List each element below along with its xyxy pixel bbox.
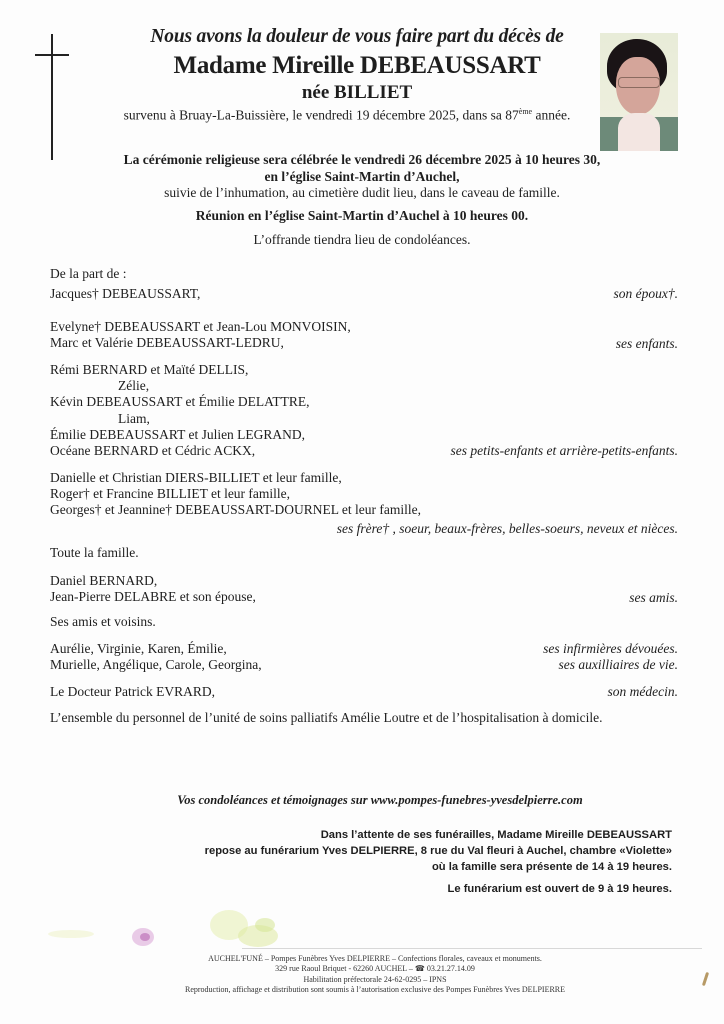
family-line: Le Docteur Patrick EVRARD, [50, 684, 215, 700]
footer-divider [242, 948, 702, 949]
relation-friends: ses amis. [629, 590, 678, 606]
funerarium-hours: Le funérarium est ouvert de 9 à 19 heure… [448, 881, 672, 897]
ceremony-line-3: suivie de l’inhumation, au cimetière dud… [80, 185, 644, 201]
relation-siblings: ses frère† , soeur, beaux-frères, belles… [337, 521, 678, 537]
deceased-name: Madame Mireille DEBEAUSSART [100, 52, 614, 80]
family-line: Danielle et Christian DIERS-BILLIET et l… [50, 470, 421, 486]
footer-line-2: 329 rue Raoul Briquet - 62260 AUCHEL – ☎… [150, 964, 600, 974]
condolences-link[interactable]: Vos condoléances et témoignages sur www.… [100, 793, 660, 808]
offrande-text: L’offrande tiendra lieu de condoléances. [80, 232, 644, 248]
from-label: De la part de : [50, 266, 126, 282]
footer-line-3: Habilitation préfectorale 24-62-0295 – I… [150, 975, 600, 985]
family-group-carers: Aurélie, Virginie, Karen, Émilie, Muriel… [50, 641, 262, 673]
family-group-spouse: Jacques† DEBEAUSSART, [50, 286, 200, 302]
family-group-neighbours: Ses amis et voisins. [50, 614, 156, 630]
family-line: Kévin DEBEAUSSART et Émilie DELATTRE, [50, 394, 310, 410]
reunion-text: Réunion en l’église Saint-Martin d’Auche… [80, 208, 644, 224]
relation-doctor: son médecin. [608, 684, 678, 700]
intro-text: Nous avons la douleur de vous faire part… [100, 26, 614, 48]
relation-children: ses enfants. [616, 336, 678, 352]
family-line: Daniel BERNARD, [50, 573, 256, 589]
family-line: Roger† et Francine BILLIET et leur famil… [50, 486, 421, 502]
cross-vertical-bar [51, 34, 53, 160]
resting-line-2: repose au funérarium Yves DELPIERRE, 8 r… [205, 843, 672, 859]
death-notice-sup: ème [519, 107, 532, 116]
family-line: Aurélie, Virginie, Karen, Émilie, [50, 641, 262, 657]
family-group-siblings: Danielle et Christian DIERS-BILLIET et l… [50, 470, 421, 519]
family-group-grandchildren: Rémi BERNARD et Maïté DELLIS, Zélie, Kév… [50, 362, 310, 459]
family-line: L’ensemble du personnel de l’unité de so… [50, 710, 603, 726]
family-line: Toute la famille. [50, 545, 139, 561]
family-line: Jean-Pierre DELABRE et son épouse, [50, 589, 256, 605]
family-line: Jacques† DEBEAUSSART, [50, 286, 200, 302]
decorative-mark [702, 972, 709, 986]
relation-spouse: son époux†. [614, 286, 679, 302]
death-notice: survenu à Bruay-La-Buissière, le vendred… [80, 107, 614, 124]
family-line: Murielle, Angélique, Carole, Georgina, [50, 657, 262, 673]
family-group-staff: L’ensemble du personnel de l’unité de so… [50, 710, 603, 726]
death-notice-text: survenu à Bruay-La-Buissière, le vendred… [124, 108, 519, 123]
resting-info: Dans l’attente de ses funérailles, Madam… [205, 827, 672, 876]
family-line: Marc et Valérie DEBEAUSSART-LEDRU, [50, 335, 351, 351]
family-line: Zélie, [50, 378, 310, 394]
relation-carers: ses auxilliaires de vie. [559, 657, 678, 673]
phone-icon: ☎ [415, 964, 425, 973]
family-line: Émilie DEBEAUSSART et Julien LEGRAND, [50, 427, 310, 443]
cross-horizontal-bar [35, 54, 69, 56]
relation-grandchildren: ses petits-enfants et arrière-petits-enf… [451, 443, 678, 459]
resting-line-3: où la famille sera présente de 14 à 19 h… [205, 859, 672, 875]
family-line: Liam, [50, 411, 310, 427]
relation-nurses: ses infirmières dévouées. [543, 641, 678, 657]
footer: AUCHEL'FUNÉ – Pompes Funèbres Yves DELPI… [150, 954, 600, 996]
family-line: Georges† et Jeannine† DEBEAUSSART-DOURNE… [50, 502, 421, 518]
family-line: Evelyne† DEBEAUSSART et Jean-Lou MONVOIS… [50, 319, 351, 335]
footer-address: 329 rue Raoul Briquet - 62260 AUCHEL – [275, 964, 415, 973]
family-line: Océane BERNARD et Cédric ACKX, [50, 443, 310, 459]
family-group-children: Evelyne† DEBEAUSSART et Jean-Lou MONVOIS… [50, 319, 351, 351]
footer-line-1: AUCHEL'FUNÉ – Pompes Funèbres Yves DELPI… [150, 954, 600, 964]
family-group-doctor: Le Docteur Patrick EVRARD, [50, 684, 215, 700]
death-notice-end: année. [532, 108, 570, 123]
ceremony-line-2: en l’église Saint-Martin d’Auchel, [80, 169, 644, 185]
family-line: Rémi BERNARD et Maïté DELLIS, [50, 362, 310, 378]
portrait-photo [600, 33, 678, 151]
maiden-name: née BILLIET [100, 82, 614, 104]
resting-line-1: Dans l’attente de ses funérailles, Madam… [205, 827, 672, 843]
family-group-all: Toute la famille. [50, 545, 139, 561]
family-group-friends: Daniel BERNARD, Jean-Pierre DELABRE et s… [50, 573, 256, 605]
family-line: Ses amis et voisins. [50, 614, 156, 630]
footer-phone: 03.21.27.14.09 [425, 964, 475, 973]
footer-line-4: Reproduction, affichage et distribution … [150, 985, 600, 995]
ceremony-line-1: La cérémonie religieuse sera célébrée le… [80, 152, 644, 168]
